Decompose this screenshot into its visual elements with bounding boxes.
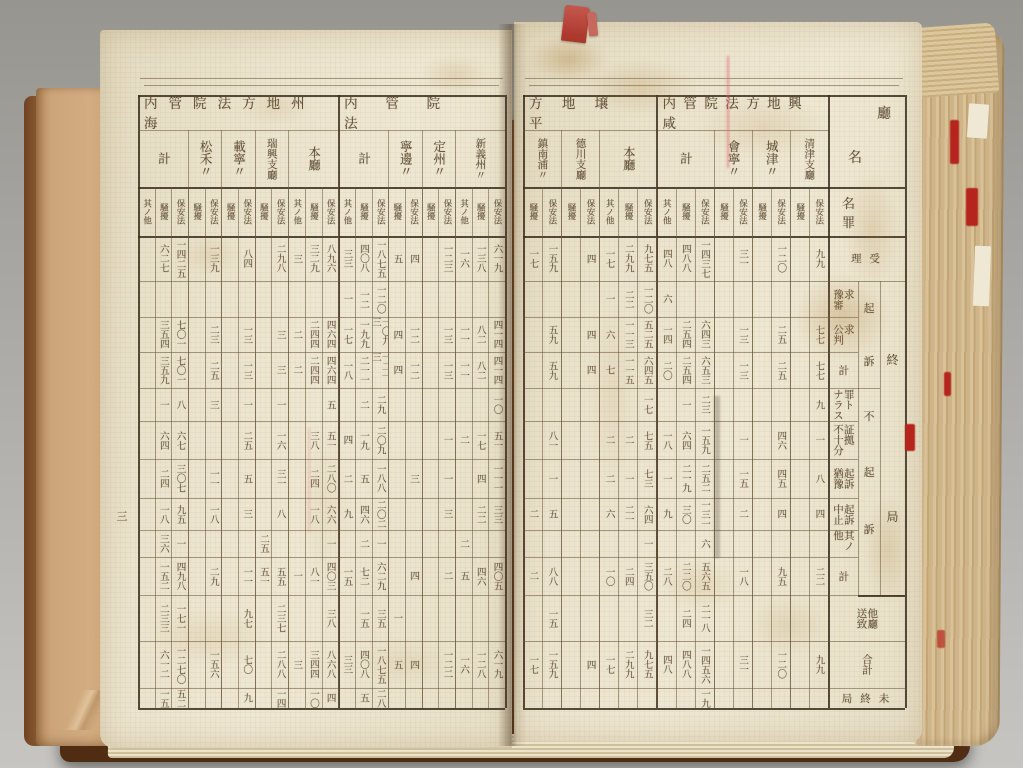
data-cell-tsumi-c0: 九 [809,388,828,421]
data-cell-yoshin-c7: 一二〇 [372,281,389,317]
pink-ink-bleed-line [727,56,729,168]
data-cell-gokei-c14: 一五九 [542,641,561,688]
data-cell-shukyoku_kei-c5: 四 [405,557,422,595]
data-cell-shoko-c7: 二〇九 [372,421,389,459]
data-cell-yuyo-c0: 八 [809,459,828,498]
data-cell-yuyo-c3: 一 [438,459,455,498]
data-cell-juri-c10: 八九六 [322,236,339,281]
crime-subheader: 保安法 [771,187,790,236]
crime-subheader: 保安法 [695,187,714,236]
paper-stain [660,560,740,610]
data-cell-shoko-c3: 一 [438,421,455,459]
data-cell-juri-c6: 一四三七 [695,236,714,281]
data-cell-mishukyoku-c11: 一〇 [305,688,322,708]
crime-subheader: 騒擾 [472,187,489,236]
data-cell-socchi-c6: 一 [388,595,405,641]
data-cell-chushi-c7: 二〇二 [372,498,389,530]
row-label-gokei: 合計 [828,641,905,688]
data-cell-kiso_kei-c9: 一八 [338,352,355,388]
data-cell-chushi-c11: 六 [599,498,618,530]
data-cell-tsumi-c15: 一 [238,388,255,421]
data-cell-chushi-c7: 三〇 [676,498,695,530]
data-cell-tsumi-c6: 二三 [695,388,714,421]
office-header: 德川支廳 [561,130,599,187]
data-cell-kiso_kei-c2: 一一 [455,352,472,388]
data-cell-socchi-c14: 一五 [542,595,561,641]
data-cell-juri-c9: 九七五 [637,236,656,281]
data-cell-kiso_kei-c12: 二 [288,352,305,388]
crime-subheader: 其ノ他 [656,187,675,236]
crime-subheader: 騒擾 [188,187,205,236]
data-cell-shoko-c4: 一 [733,421,752,459]
office-header: 寧邊〃 [388,130,421,187]
data-cell-yuyo-c8: 五 [355,459,372,498]
data-cell-kiso_kei-c15: 一三 [238,352,255,388]
data-cell-kiso_kei-c11: 二四四 [305,352,322,388]
paper-stain [240,90,310,125]
office-header: 計 [138,130,188,187]
data-cell-juri-c13: 二九八 [271,236,288,281]
data-cell-kohan-c3: 一三 [438,317,455,352]
data-cell-kohan-c1: 八二 [472,317,489,352]
data-cell-tsumi-c20: 一 [155,388,172,421]
column-line [422,187,423,708]
crime-subheader: 保安法 [637,187,656,236]
region-header: 内管院法 [338,95,505,129]
data-cell-yoshin-c8: 一二 [355,281,372,317]
crime-subheader: 保安法 [271,187,288,236]
data-cell-juri-c4: 三一 [733,236,752,281]
data-cell-sonota-c20: 三六 [155,530,172,557]
data-cell-chushi-c9: 六四 [637,498,656,530]
data-cell-yuyo-c15: 五 [238,459,255,498]
data-cell-juri-c5: 四 [405,236,422,281]
data-cell-chushi-c6: 一三一 [695,498,714,530]
data-cell-gokei-c9: 九七五 [637,641,656,688]
data-cell-tsumi-c13: 一 [271,388,288,421]
data-cell-yoshin-c9: 一 [338,281,355,317]
data-cell-kohan-c13: 三 [271,317,288,352]
data-cell-kiso_kei-c19: 七〇一 [171,352,188,388]
office-header: 鎮南浦〃 [523,130,561,187]
data-cell-shukyoku_kei-c20: 一五二 [155,557,172,595]
data-cell-kohan-c17: 二三 [205,317,222,352]
data-cell-gokei-c11: 三四四 [305,641,322,688]
data-cell-tsumi-c7: 二九 [372,388,389,421]
paper-stain [150,610,270,665]
data-cell-yuyo-c14: 一 [542,459,561,498]
data-cell-gokei-c6: 一四五六 [695,641,714,688]
data-cell-sonota-c2: 二 [455,530,472,557]
data-cell-shukyoku_kei-c0: 二二 [809,557,828,595]
data-cell-shukyoku_kei-c13: 五五 [271,557,288,595]
data-cell-shukyoku_kei-c15: 一一 [238,557,255,595]
data-cell-juri-c14: 一五九 [542,236,561,281]
data-cell-shoko-c9: 七五 [637,421,656,459]
data-cell-juri-c7: 四八八 [676,236,695,281]
data-cell-tsumi-c10: 五 [322,388,339,421]
row-label-yuyo: 起訴猶豫 [828,459,858,498]
data-cell-kiso_kei-c8: 二〇 [656,352,675,388]
data-cell-chushi-c13: 八 [271,498,288,530]
data-cell-shukyoku_kei-c11: 一〇 [599,557,618,595]
data-cell-socchi-c8: 一五 [355,595,372,641]
paper-slip [973,246,991,307]
data-cell-shukyoku_kei-c1: 四六 [472,557,489,595]
office-header: 本廳 [288,130,338,187]
crime-subheader: 騒擾 [255,187,272,236]
data-cell-kiso_kei-c3: 一三 [438,352,455,388]
crime-subheader: 保安法 [405,187,422,236]
row-line [523,281,828,282]
data-cell-kohan-c10: 四六四 [322,317,339,352]
fore-edge-red-mark [937,630,945,648]
data-cell-yuyo-c4: 一五 [733,459,752,498]
data-cell-juri-c11: 一七 [599,236,618,281]
data-cell-juri-c0: 九九 [809,236,828,281]
data-cell-kohan-c9: 五二五 [637,317,656,352]
data-cell-kohan-c6: 四 [388,317,405,352]
row-label-chushi: 起訴中止 [828,498,858,530]
data-cell-yuyo-c17: 一一 [205,459,222,498]
data-cell-mishukyoku-c19: 五二 [171,688,188,708]
data-cell-juri-c2: 一二〇 [771,236,790,281]
office-header: 松禾〃 [188,130,221,187]
data-cell-kiso_kei-c20: 三五九 [155,352,172,388]
row-label-mishukyoku: 局終未 [828,688,905,708]
data-cell-mishukyoku-c10: 四 [322,688,339,708]
crime-subheader: 保安法 [580,187,599,236]
office-header: 本廳 [599,130,656,187]
crime-subheader: 騒擾 [676,187,695,236]
data-cell-chushi-c14: 五 [542,498,561,530]
data-cell-kiso_kei-c1: 八二 [472,352,489,388]
data-cell-yuyo-c1: 四 [472,459,489,498]
data-cell-kiso_kei-c7: 二五四 [676,352,695,388]
office-header: 載寧〃 [221,130,254,187]
crime-subheader: 騒擾 [422,187,439,236]
data-cell-kohan-c6: 六四三 [695,317,714,352]
data-cell-chushi-c8: 四六 [355,498,372,530]
data-cell-juri-c8: 四八 [656,236,675,281]
data-cell-shukyoku_kei-c17: 二九 [205,557,222,595]
data-cell-yuyo-c2: 四五 [771,459,790,498]
data-cell-shukyoku_kei-c2: 九五 [771,557,790,595]
data-cell-shoko-c14: 八一 [542,421,561,459]
crime-subheader: 其ノ他 [599,187,618,236]
data-cell-yuyo-c13: 三一 [271,459,288,498]
data-cell-kohan-c5: 一二 [405,317,422,352]
data-cell-yuyo-c20: 二四 [155,459,172,498]
paper-stain [748,598,828,653]
fore-edge-red-mark [944,372,951,396]
data-cell-juri-c12: 三 [288,236,305,281]
data-cell-kohan-c8: 一九九 [355,317,372,352]
page-margin-red-mark [905,424,915,451]
data-cell-gokei-c10: 八六八 [322,641,339,688]
data-cell-kiso_kei-c14: 五九 [542,352,561,388]
crime-subheader: 保安法 [205,187,222,236]
data-cell-yuyo-c6: 二五二 [695,459,714,498]
data-cell-chushi-c20: 一八 [155,498,172,530]
data-cell-yuyo-c9: 七三 [637,459,656,498]
paper-stain [845,170,900,290]
data-cell-shoko-c13: 一六 [271,421,288,459]
data-cell-shukyoku_kei-c8: 七二 [355,557,372,595]
paper-stain [590,300,635,490]
data-cell-chushi-c1: 二二 [472,498,489,530]
crime-subheader: 保安法 [322,187,339,236]
data-cell-socchi-c13: 二三七 [271,595,288,641]
office-header: 計 [338,130,388,187]
data-cell-gokei-c10: 二九九 [618,641,637,688]
data-cell-sonota-c9: 一 [637,530,656,557]
data-cell-mishukyoku-c8: 五 [355,688,372,708]
data-cell-sonota-c7: 一 [372,530,389,557]
data-cell-shukyoku_kei-c7: 六二九 [372,557,389,595]
fore-edge-page-block [914,30,1005,747]
data-cell-shoko-c2: 二 [455,421,472,459]
data-cell-shoko-c1: 一七 [472,421,489,459]
row-label-shoko: 証拠不十分 [828,421,858,459]
paper-stain [420,55,490,95]
data-cell-yuyo-c7: 二一九 [676,459,695,498]
data-cell-shoko-c8: 一八 [656,421,675,459]
data-cell-kohan-c7: 一〇九三 [372,317,389,352]
paper-stain [700,98,830,158]
data-cell-shukyoku_kei-c3: 二 [438,557,455,595]
data-cell-juri-c15: 八四 [238,236,255,281]
crime-subheader: 其ノ他 [338,187,355,236]
row-label-shukyoku_kei: 計 [828,557,858,595]
data-cell-kiso_kei-c9: 六四五 [637,352,656,388]
data-cell-shoko-c19: 六七 [171,421,188,459]
data-cell-gokei-c13: 二八八 [271,641,288,688]
data-cell-tsumi-c7: 一 [676,388,695,421]
data-cell-yuyo-c19: 三〇七 [171,459,188,498]
data-cell-kiso_kei-c4: 一三 [733,352,752,388]
table-border-bottom [138,708,505,710]
data-cell-gokei-c8: 四八 [656,641,675,688]
crime-subheader: 保安法 [809,187,828,236]
gutter-shadow [498,24,526,746]
data-cell-shoko-c0: 一 [809,421,828,459]
data-cell-kohan-c20: 三五四 [155,317,172,352]
sheet-number: 三 [114,508,130,524]
data-cell-juri-c20: 六二七 [155,236,172,281]
fore-edge-red-mark [950,120,959,164]
crime-subheader: 騒擾 [790,187,809,236]
data-cell-kiso_kei-c2: 二五 [771,352,790,388]
data-cell-juri-c1: 一三八 [472,236,489,281]
data-cell-sonota-c19: 一 [171,530,188,557]
crime-subheader: 騒擾 [388,187,405,236]
data-cell-gokei-c0: 九九 [809,641,828,688]
crime-subheader: 騒擾 [355,187,372,236]
data-cell-mishukyoku-c6: 一九 [695,688,714,708]
data-cell-shukyoku_kei-c10: 二四 [618,557,637,595]
crime-subheader: 保安法 [238,187,255,236]
data-cell-gokei-c9: 三三 [338,641,355,688]
data-cell-kiso_kei-c10: 四六四 [322,352,339,388]
data-cell-sonota-c6: 六 [695,530,714,557]
data-cell-kiso_kei-c6: 六五三 [695,352,714,388]
data-cell-shukyoku_kei-c9: 三五〇 [637,557,656,595]
data-cell-kiso_kei-c17: 二五 [205,352,222,388]
crime-subheader: 騒擾 [221,187,238,236]
data-cell-chushi-c2: 四 [771,498,790,530]
data-cell-kohan-c2: 二五 [771,317,790,352]
row-line [523,530,828,531]
data-cell-shukyoku_kei-c14: 八八 [542,557,561,595]
data-cell-juri-c11: 三二九 [305,236,322,281]
data-cell-shukyoku_kei-c12: 一 [288,557,305,595]
row-line [523,688,828,689]
stub-line [858,388,880,389]
paper-stain [180,235,240,275]
data-cell-shoko-c2: 四六 [771,421,790,459]
crime-subheader: 其ノ他 [455,187,472,236]
data-cell-mishukyoku-c7: 二八 [372,688,389,708]
table-border-right [905,95,907,708]
data-cell-socchi-c7: 三五 [372,595,389,641]
data-cell-mishukyoku-c20: 一五 [155,688,172,708]
fore-edge-red-mark [966,188,978,226]
row-label-tsumi: 罪トナラス [828,388,858,421]
table-border-bottom [523,708,905,710]
data-cell-gokei-c7: 四八八 [676,641,695,688]
data-cell-chushi-c10: 二一 [618,498,637,530]
crime-subheader: 騒擾 [752,187,771,236]
data-cell-gokei-c12: 三 [288,641,305,688]
data-cell-chushi-c4: 二 [733,498,752,530]
red-bookmark-tab-small-icon [587,12,598,37]
crime-subheader: 保安法 [171,187,188,236]
data-cell-shukyoku_kei-c14: 五一 [255,557,272,595]
data-cell-kohan-c9: 一七 [338,317,355,352]
column-line [561,187,562,708]
data-cell-yuyo-c7: 一八八 [372,459,389,498]
data-cell-shukyoku_kei-c2: 五 [455,557,472,595]
dark-smudge [714,396,720,558]
photo-open-ledger-book: { "scene": { "description": "Open handwr… [0,0,1023,768]
crime-subheader: 保安法 [438,187,455,236]
data-cell-mishukyoku-c13: 一四 [271,688,288,708]
data-cell-gokei-c1: 一二八 [472,641,489,688]
data-cell-yoshin-c8: 六 [656,281,675,317]
row-line [138,281,505,282]
paper-stain [360,640,450,685]
paper-stain [585,60,695,115]
data-cell-shoko-c6: 一五九 [695,421,714,459]
data-cell-juri-c12: 四 [580,236,599,281]
data-cell-juri-c2: 一六 [455,236,472,281]
data-cell-juri-c7: 一八七五 [372,236,389,281]
data-cell-shoko-c7: 六四 [676,421,695,459]
crime-subheader: 保安法 [733,187,752,236]
crime-subheader: 保安法 [372,187,389,236]
crime-subheader: 其ノ他 [288,187,305,236]
data-cell-kohan-c4: 一三 [733,317,752,352]
crime-subheader: 其ノ他 [138,187,155,236]
data-cell-kohan-c2: 一一 [455,317,472,352]
data-cell-shoko-c15: 二五 [238,421,255,459]
pink-ink-bleed-line [308,428,310,532]
data-cell-chushi-c0: 四 [809,498,828,530]
data-cell-kohan-c7: 二五四 [676,317,695,352]
data-cell-gokei-c4: 三一 [733,641,752,688]
data-cell-chushi-c3: 三 [438,498,455,530]
paper-slip [967,103,989,138]
data-cell-gokei-c2: 一六 [455,641,472,688]
row-label-sonota: 其ノ他 [828,530,858,557]
data-cell-tsumi-c17: 三 [205,388,222,421]
data-cell-kiso_kei-c8: 二一一 [355,352,372,388]
data-cell-chushi-c15: 三 [238,498,255,530]
data-cell-kohan-c15: 一三 [238,317,255,352]
data-cell-tsumi-c8: 二 [355,388,372,421]
data-cell-kohan-c19: 七〇一 [171,317,188,352]
data-cell-sonota-c8: 二 [355,530,372,557]
data-cell-kiso_kei-c5: 一二 [405,352,422,388]
data-cell-chushi-c19: 九五 [171,498,188,530]
data-cell-kohan-c14: 五九 [542,317,561,352]
crime-subheader: 騒擾 [618,187,637,236]
data-cell-yuyo-c8: 一 [656,459,675,498]
data-cell-juri-c6: 五 [388,236,405,281]
data-cell-gokei-c12: 四 [580,641,599,688]
data-cell-kiso_kei-c7: 一二一三 [372,352,389,388]
data-cell-tsumi-c9: 一七 [637,388,656,421]
office-header: 瑞興支廳 [255,130,288,187]
data-cell-shukyoku_kei-c19: 四九八 [171,557,188,595]
data-cell-juri-c9: 三三 [338,236,355,281]
data-cell-juri-c3: 一二三 [438,236,455,281]
paper-stain [865,495,910,605]
data-cell-shoko-c20: 六四 [155,421,172,459]
data-cell-kiso_kei-c6: 四 [388,352,405,388]
data-cell-tsumi-c19: 八 [171,388,188,421]
data-cell-socchi-c9: 三二 [637,595,656,641]
crime-subheader: 騒擾 [561,187,580,236]
data-cell-socchi-c10: 三八 [322,595,339,641]
data-cell-chushi-c8: 九 [656,498,675,530]
data-cell-chushi-c17: 一八 [205,498,222,530]
crime-subheader: 騒擾 [714,187,733,236]
crime-subheader: 騒擾 [155,187,172,236]
data-cell-kohan-c11: 二四四 [305,317,322,352]
data-cell-sonota-c14: 二五 [255,530,272,557]
crime-subheader: 騒擾 [305,187,322,236]
data-cell-mishukyoku-c15: 九 [238,688,255,708]
crime-subheader: 保安法 [542,187,561,236]
data-cell-kiso_kei-c13: 三 [271,352,288,388]
data-cell-kohan-c8: 一四 [656,317,675,352]
data-cell-juri-c10: 二九九 [618,236,637,281]
data-cell-yoshin-c9: 一二〇 [637,281,656,317]
data-cell-juri-c8: 四〇八 [355,236,372,281]
data-cell-yuyo-c5: 三 [405,459,422,498]
data-cell-gokei-c11: 一七 [599,641,618,688]
data-cell-shoko-c8: 一九 [355,421,372,459]
data-cell-kohan-c12: 二 [288,317,305,352]
office-header: 定州〃 [422,130,455,187]
